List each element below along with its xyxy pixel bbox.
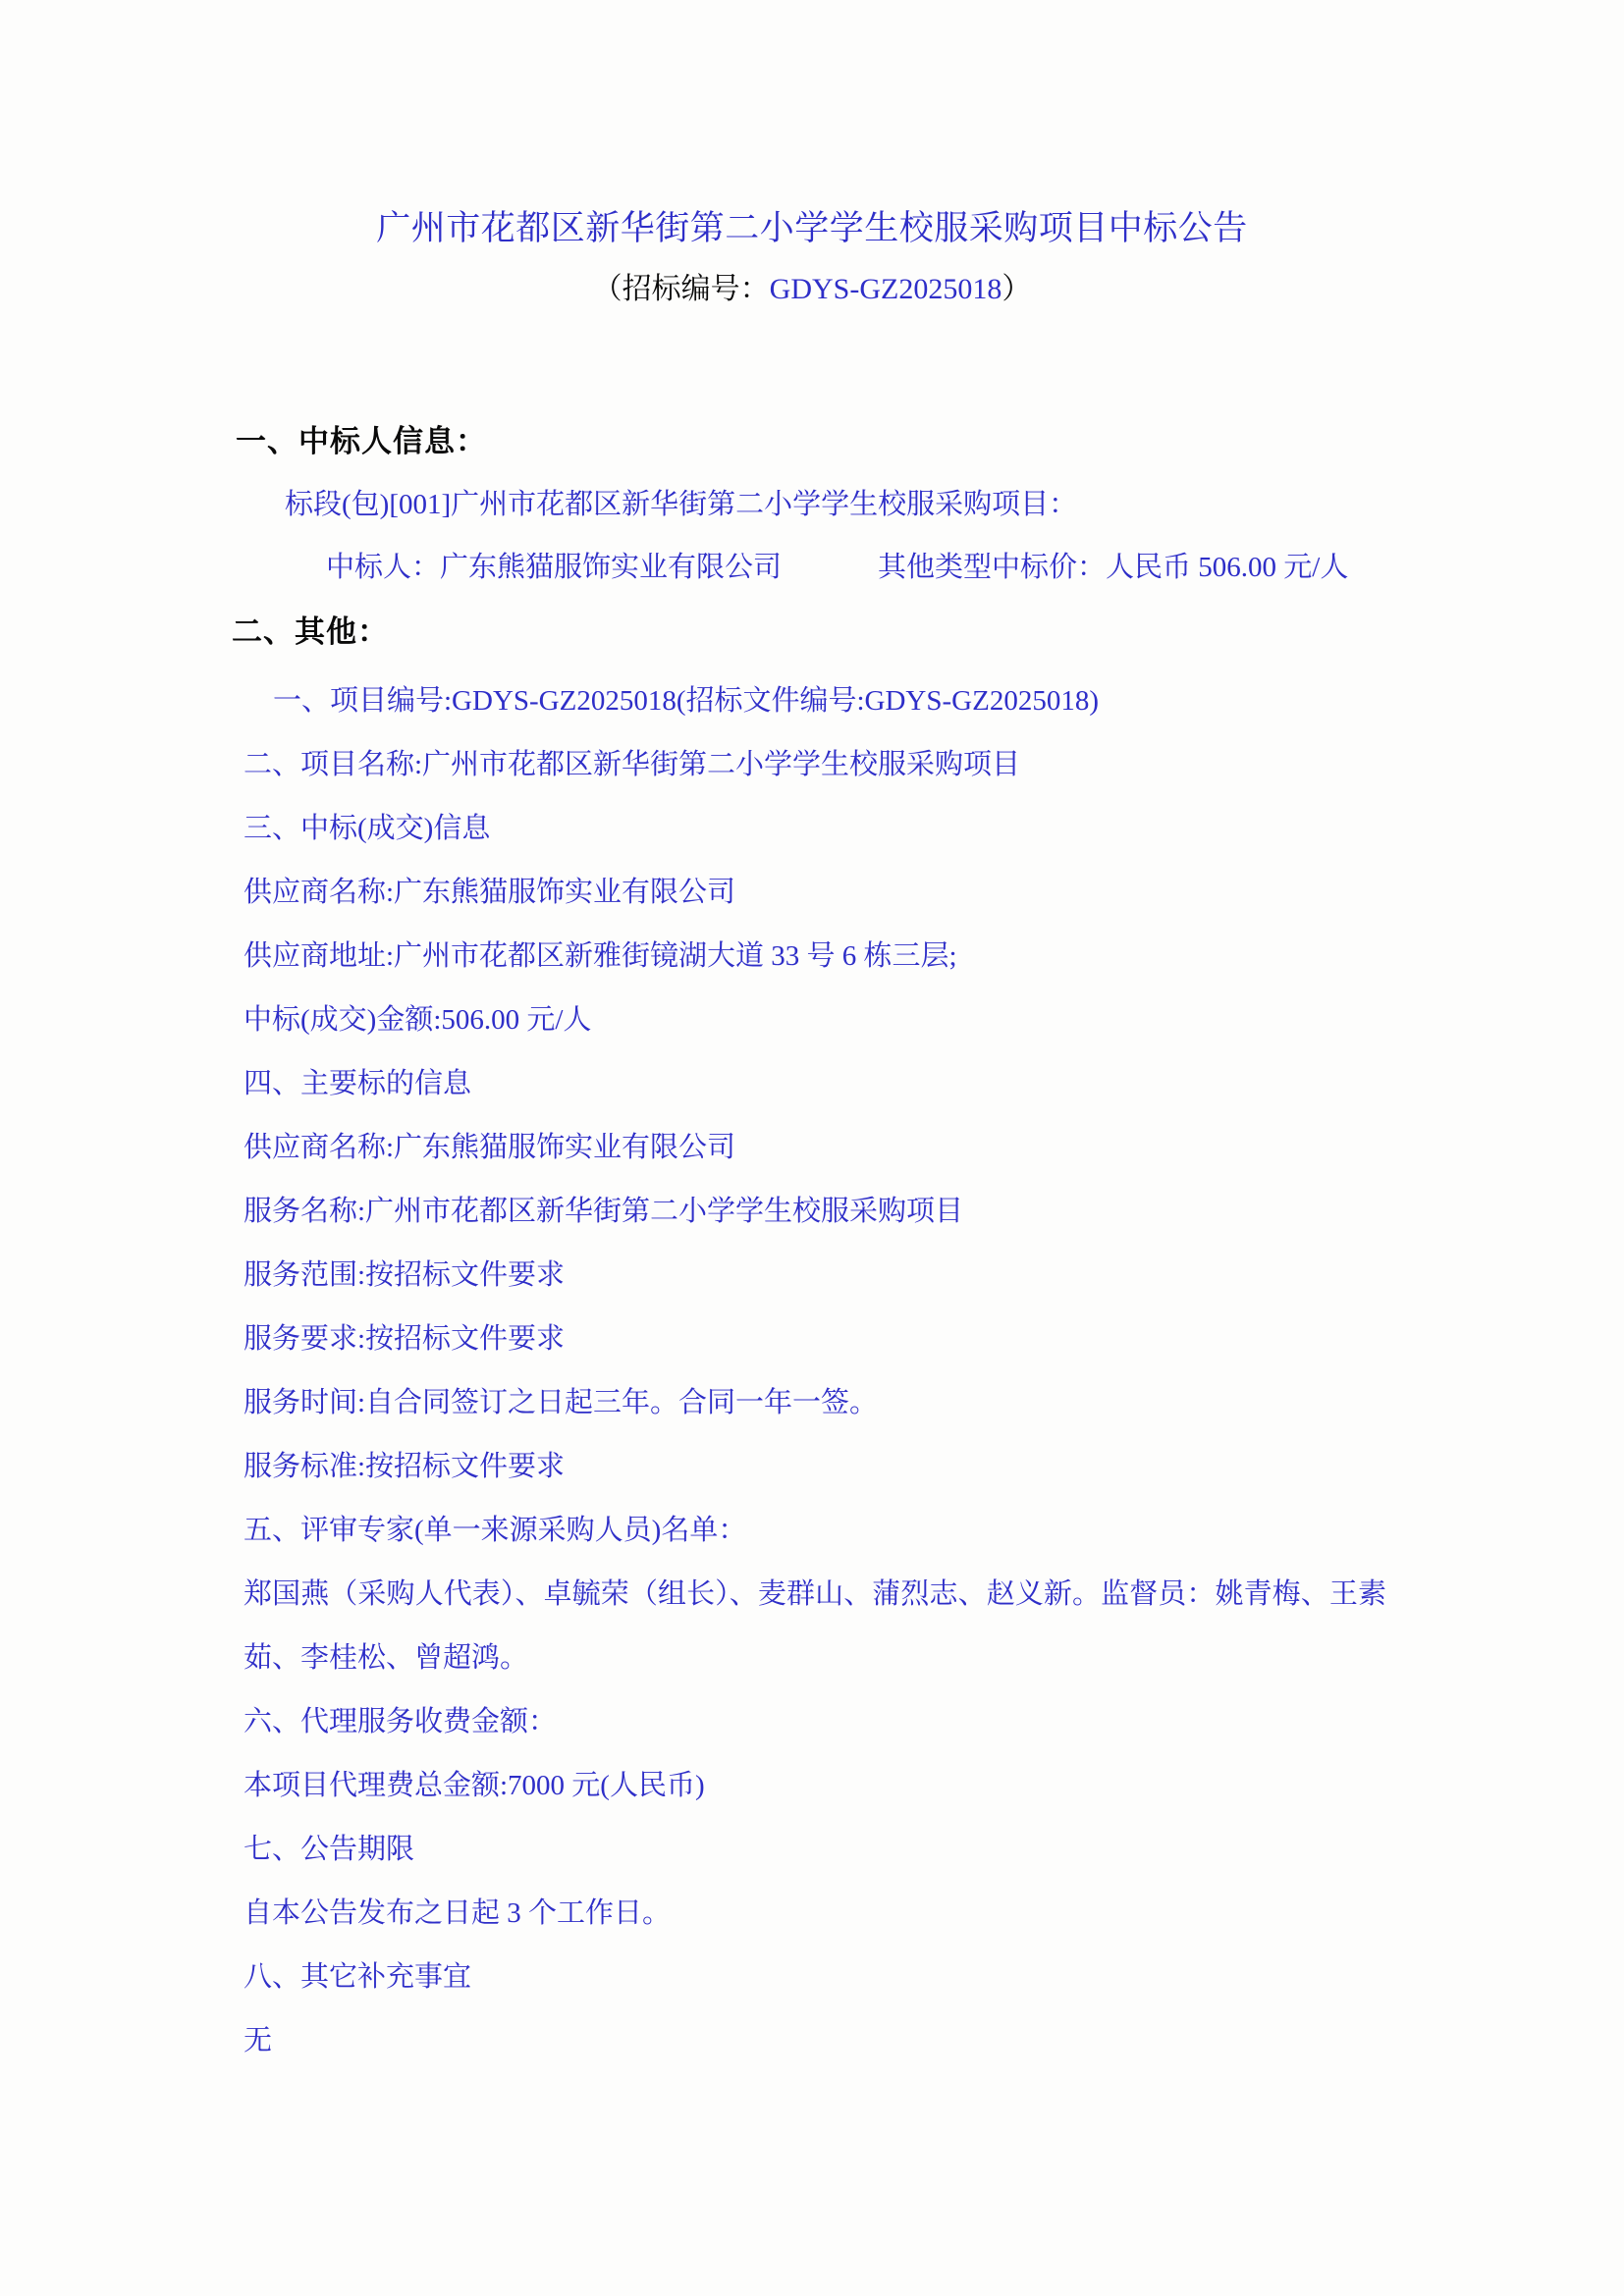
winner-name: 中标人：广东熊猫服饰实业有限公司 <box>326 552 782 583</box>
tender-number-code: GDYS-GZ2025018 <box>770 273 1002 305</box>
paragraph-award-info-heading: 三、中标(成交)信息 <box>244 797 1386 861</box>
announcement-page: 广州市花都区新华街第二小学学生校服采购项目中标公告 （招标编号：GDYS-GZ2… <box>0 0 1624 2296</box>
paragraph-announcement-period-heading: 七、公告期限 <box>244 1818 1386 1882</box>
paragraph-award-amount: 中标(成交)金额:506.00 元/人 <box>244 988 1386 1052</box>
paragraph-service-scope: 服务范围:按招标文件要求 <box>244 1244 1386 1308</box>
paragraph-project-name: 二、项目名称:广州市花都区新华街第二小学学生校服采购项目 <box>244 733 1386 797</box>
tender-number-suffix: ） <box>1001 273 1031 305</box>
paragraph-service-name: 服务名称:广州市花都区新华街第二小学学生校服采购项目 <box>244 1180 1386 1244</box>
tender-number-line: （招标编号：GDYS-GZ2025018） <box>0 272 1624 307</box>
tender-number-prefix: （招标编号： <box>593 273 770 305</box>
paragraph-supplementary-heading: 八、其它补充事宜 <box>244 1946 1386 2009</box>
other-section-body: 一、项目编号:GDYS-GZ2025018(招标文件编号:GDYS-GZ2025… <box>244 669 1386 2073</box>
paragraph-experts-names: 郑国燕（采购人代表）、卓毓荣（组长）、麦群山、蒲烈志、赵义新。监督员：姚青梅、王… <box>244 1563 1386 1690</box>
paragraph-main-subject-heading: 四、主要标的信息 <box>244 1052 1386 1116</box>
paragraph-supplementary-value: 无 <box>244 2009 1386 2073</box>
paragraph-experts-heading: 五、评审专家(单一来源采购人员)名单： <box>244 1499 1386 1563</box>
lot-package-line: 标段(包)[001]广州市花都区新华街第二小学学生校服采购项目： <box>285 488 1077 521</box>
paragraph-agency-fee-amount: 本项目代理费总金额:7000 元(人民币) <box>244 1754 1386 1818</box>
paragraph-supplier-name-2: 供应商名称:广东熊猫服饰实业有限公司 <box>244 1116 1386 1180</box>
winner-price-line: 中标人：广东熊猫服饰实业有限公司其他类型中标价：人民币 506.00 元/人 <box>326 551 1348 584</box>
paragraph-announcement-period-value: 自本公告发布之日起 3 个工作日。 <box>244 1882 1386 1946</box>
paragraph-service-time: 服务时间:自合同签订之日起三年。合同一年一签。 <box>244 1371 1386 1435</box>
paragraph-service-requirement: 服务要求:按招标文件要求 <box>244 1308 1386 1371</box>
section-heading-winner-info: 一、中标人信息： <box>236 424 487 459</box>
section-heading-other: 二、其他： <box>232 614 389 650</box>
paragraph-project-number: 一、项目编号:GDYS-GZ2025018(招标文件编号:GDYS-GZ2025… <box>244 669 1386 733</box>
paragraph-supplier-name: 供应商名称:广东熊猫服饰实业有限公司 <box>244 861 1386 925</box>
paragraph-supplier-address: 供应商地址:广州市花都区新雅街镜湖大道 33 号 6 栋三层; <box>244 925 1386 988</box>
paragraph-service-standard: 服务标准:按招标文件要求 <box>244 1435 1386 1499</box>
paragraph-agency-fee-heading: 六、代理服务收费金额： <box>244 1690 1386 1754</box>
winning-price: 其他类型中标价：人民币 506.00 元/人 <box>878 552 1348 583</box>
document-title: 广州市花都区新华街第二小学学生校服采购项目中标公告 <box>0 208 1624 249</box>
